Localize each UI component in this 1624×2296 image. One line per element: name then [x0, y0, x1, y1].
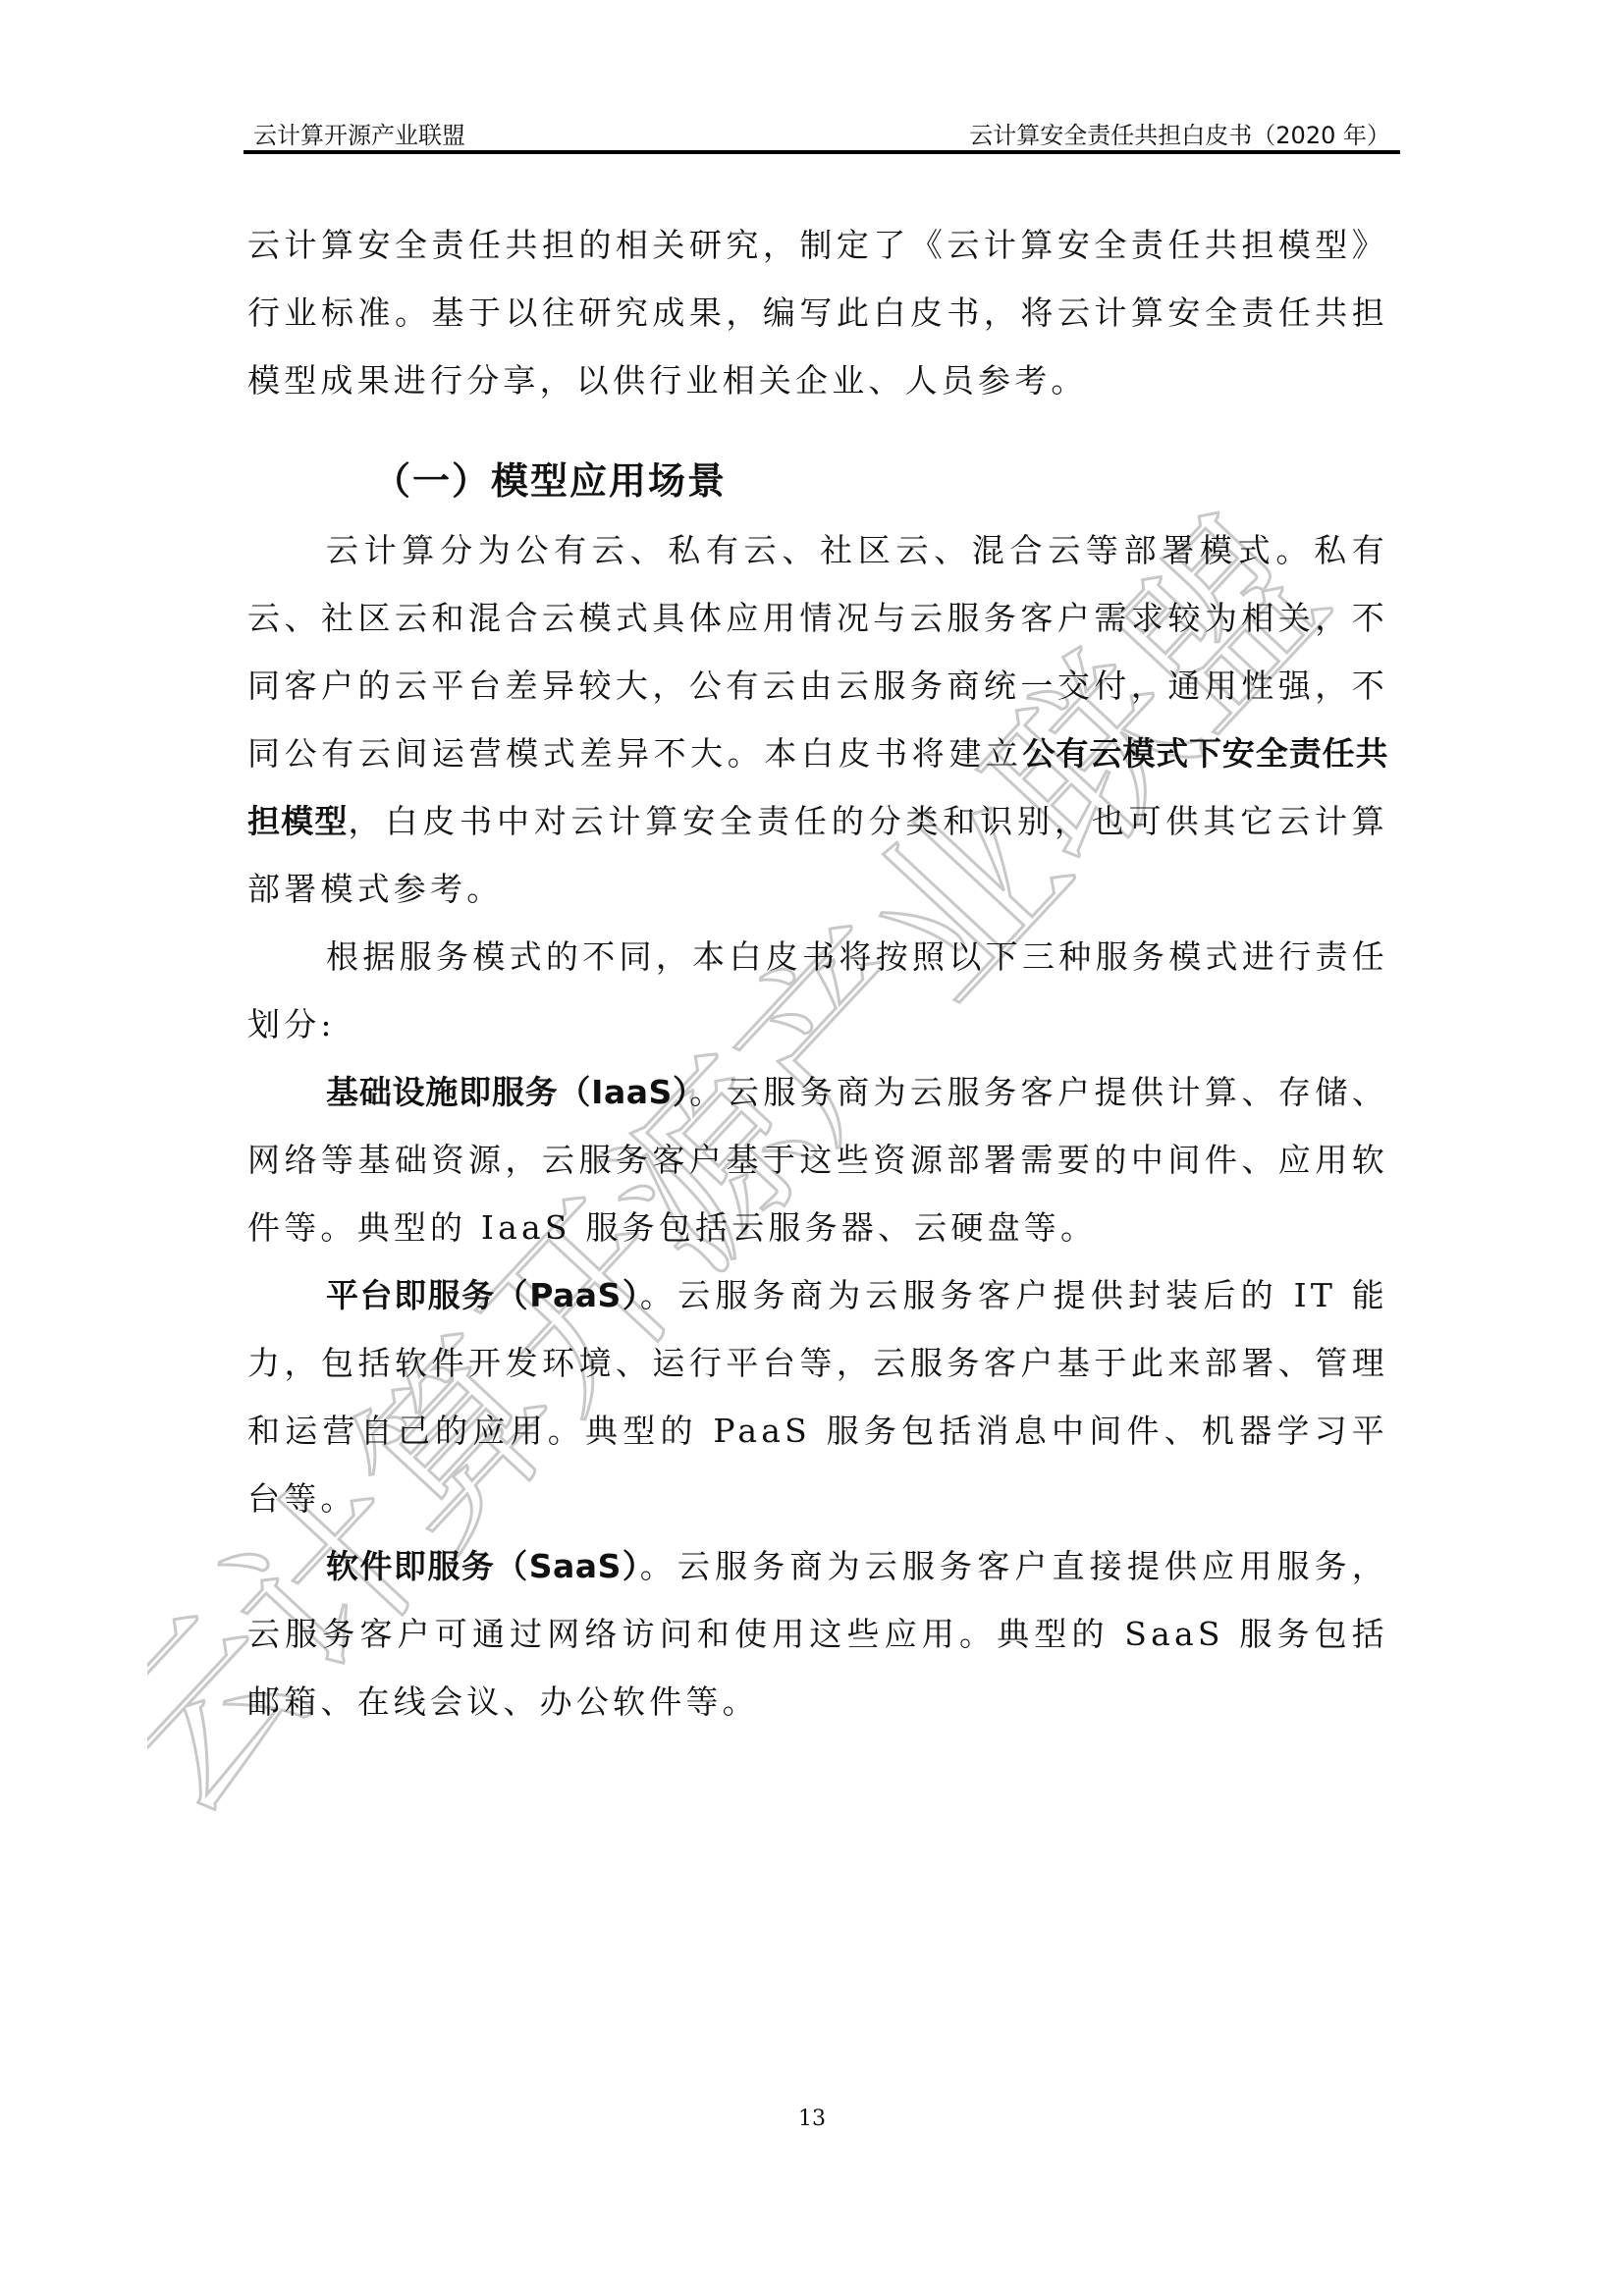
service-models-intro: 根据服务模式的不同，本白皮书将按照以下三种服务模式进行责任划分:: [247, 923, 1388, 1058]
page-number: 13: [0, 2107, 1624, 2131]
deployment-models-paragraph: 云计算分为公有云、私有云、社区云、混合云等部署模式。私有云、社区云和混合云模式具…: [247, 516, 1388, 923]
saas-term: 软件即服务（SaaS）: [326, 1547, 640, 1585]
paragraph-text: ，白皮书中对云计算安全责任的分类和识别，也可供其它云计算部署模式参考。: [247, 802, 1388, 908]
document-body: 云计算安全责任共担的相关研究，制定了《云计算安全责任共担模型》行业标准。基于以往…: [247, 211, 1388, 1735]
iaas-term: 基础设施即服务（IaaS）: [326, 1073, 689, 1111]
header-organization: 云计算开源产业联盟: [253, 116, 465, 150]
saas-paragraph: 软件即服务（SaaS）。云服务商为云服务客户直接提供应用服务，云服务客户可通过网…: [247, 1532, 1388, 1735]
iaas-paragraph: 基础设施即服务（IaaS）。云服务商为云服务客户提供计算、存储、网络等基础资源，…: [247, 1058, 1388, 1261]
section-heading: （一）模型应用场景: [373, 450, 1388, 512]
header-divider: [244, 150, 1400, 154]
paas-term: 平台即服务（PaaS）: [326, 1276, 640, 1314]
page-header: 云计算开源产业联盟 云计算安全责任共担白皮书（2020 年）: [244, 116, 1400, 151]
paas-paragraph: 平台即服务（PaaS）。云服务商为云服务客户提供封装后的 IT 能力，包括软件开…: [247, 1261, 1388, 1532]
header-document-title: 云计算安全责任共担白皮书（2020 年）: [969, 116, 1390, 150]
intro-paragraph: 云计算安全责任共担的相关研究，制定了《云计算安全责任共担模型》行业标准。基于以往…: [247, 211, 1388, 414]
